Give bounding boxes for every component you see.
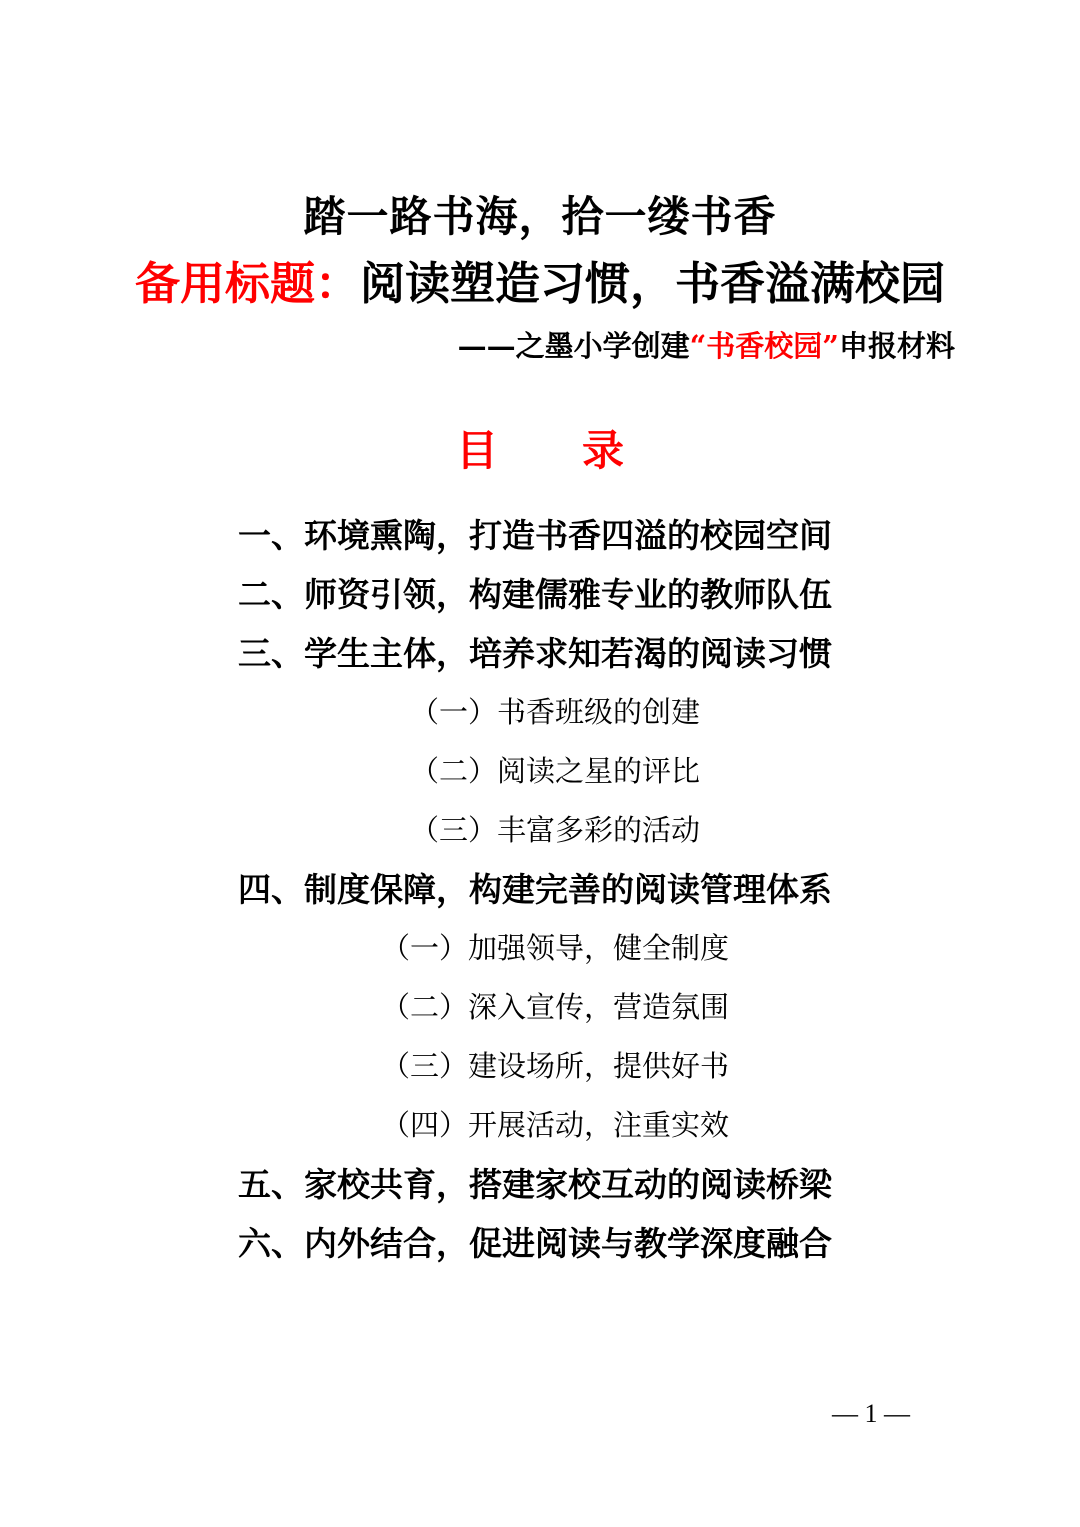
toc-item: 五、家校共育，搭建家校互动的阅读桥梁 — [0, 1155, 1080, 1214]
byline-highlight: “书香校园” — [690, 329, 839, 363]
byline-prefix: ——之墨小学创建 — [458, 329, 690, 363]
toc-subitem: （三）建设场所，提供好书 — [0, 1037, 1080, 1096]
toc-heading: 目 录 — [0, 426, 1080, 478]
byline: ——之墨小学创建“书香校园”申报材料 — [0, 326, 1080, 366]
toc-subitem: （二）深入宣传，营造氛围 — [0, 978, 1080, 1037]
alt-title: 备用标题：阅读塑造习惯，书香溢满校园 — [0, 256, 1080, 312]
toc-subitem: （一）书香班级的创建 — [0, 683, 1080, 742]
toc-item: 二、师资引领，构建儒雅专业的教师队伍 — [0, 565, 1080, 624]
alt-title-label: 备用标题： — [135, 259, 360, 309]
toc-subitem: （四）开展活动，注重实效 — [0, 1096, 1080, 1155]
toc-item: 三、学生主体，培养求知若渴的阅读习惯 — [0, 624, 1080, 683]
toc-subitem: （一）加强领导，健全制度 — [0, 919, 1080, 978]
toc-subitem: （二）阅读之星的评比 — [0, 742, 1080, 801]
toc-list: 一、环境熏陶，打造书香四溢的校园空间 二、师资引领，构建儒雅专业的教师队伍 三、… — [0, 506, 1080, 1273]
toc-item: 四、制度保障，构建完善的阅读管理体系 — [0, 860, 1080, 919]
toc-subitem: （三）丰富多彩的活动 — [0, 801, 1080, 860]
document-page: 踏一路书海，拾一缕书香 备用标题：阅读塑造习惯，书香溢满校园 ——之墨小学创建“… — [0, 0, 1080, 1527]
toc-item: 一、环境熏陶，打造书香四溢的校园空间 — [0, 506, 1080, 565]
alt-title-text: 阅读塑造习惯，书香溢满校园 — [360, 259, 945, 309]
byline-suffix: 申报材料 — [839, 329, 955, 363]
main-title: 踏一路书海，拾一缕书香 — [0, 0, 1080, 244]
page-number: — 1 — — [832, 1398, 910, 1430]
toc-item: 六、内外结合，促进阅读与教学深度融合 — [0, 1214, 1080, 1273]
